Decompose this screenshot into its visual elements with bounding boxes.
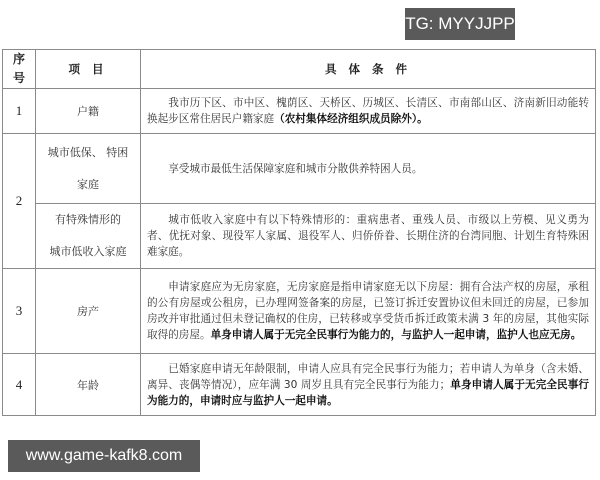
row-2b-condition-text: 城市低收入家庭中有以下特殊情形的：重病患者、重残人员、市级以上劳模、见义勇为者、… [147,214,589,258]
header-seq-line2: 号 [13,69,25,88]
row-2b-item-line2: 城市低收入家庭 [50,236,127,268]
header-seq: 序 号 [3,50,35,88]
row-1-seq: 1 [3,89,35,133]
row-4-condition: 已婚家庭申请无年龄限制，申请人应具有完全民事行为能力；若申请人为单身（含未婚、离… [141,354,595,415]
row-4-item: 年龄 [36,354,140,415]
row-3-seq: 3 [3,269,35,353]
row-2-seq: 2 [3,134,35,268]
row-3-condition-bold: 单身申请人属于无完全民事行为能力的，与监护人一起申请，监护人也应无房。 [211,329,582,341]
table-border-bottom [2,415,596,416]
row-2b-condition: 城市低收入家庭中有以下特殊情形的：重病患者、重残人员、市级以上劳模、见义勇为者、… [141,204,595,268]
row-1-condition-bold: （农村集体经济组织成员除外）。 [274,113,428,125]
header-item: 项 目 [36,50,140,88]
watermark-url: www.game-kafk8.com [8,440,200,472]
row-2a-condition-text: 享受城市最低生活保障家庭和城市分散供养特困人员。 [168,163,422,175]
row-2a-item: 城市低保、 特困 家庭 [36,134,140,203]
eligibility-table: 序 号 项 目 具 体 条 件 1 户籍 我市历下区、市中区、槐荫区、天桥区、历… [2,49,596,416]
row-2a-item-line2: 家庭 [77,169,99,201]
row-3-item: 房产 [36,269,140,353]
row-4-seq: 4 [3,354,35,415]
row-2a-item-line1: 城市低保、 特困 [48,137,129,169]
header-conditions: 具 体 条 件 [141,50,595,88]
table-border-right [595,49,596,416]
row-3-condition: 申请家庭应为无房家庭，无房家庭是指申请家庭无以下房屋：拥有合法产权的房屋，承租的… [141,269,595,353]
header-seq-line1: 序 [13,50,25,69]
row-1-condition: 我市历下区、市中区、槐荫区、天桥区、历城区、长清区、市南部山区、济南新旧动能转换… [141,89,595,133]
row-2b-item: 有特殊情形的 城市低收入家庭 [36,204,140,268]
row-2b-item-line1: 有特殊情形的 [55,204,121,236]
row-2a-condition: 享受城市最低生活保障家庭和城市分散供养特困人员。 [141,134,595,203]
watermark-tg: TG: MYYJJPP [405,8,515,40]
row-1-item: 户籍 [36,89,140,133]
